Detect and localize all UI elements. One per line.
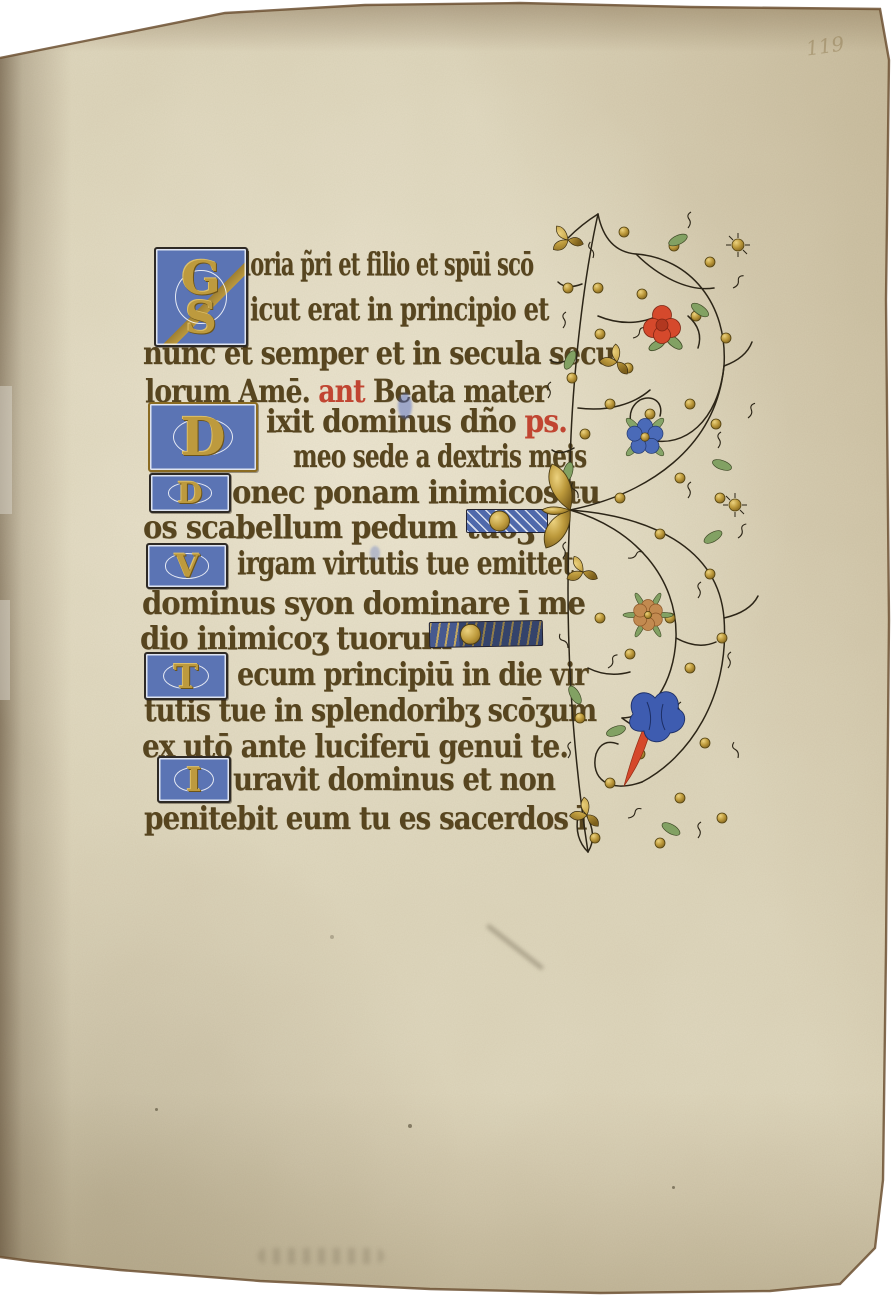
vellum-leaf: 119 loria p̃ri et filio et spūi scō icut…: [0, 0, 894, 1300]
gutter-tab: [0, 386, 12, 514]
speck: [672, 1186, 675, 1189]
initial-G-S-panel: G S: [154, 247, 248, 347]
initial-letter-T: T: [174, 657, 199, 696]
manuscript-photo: 119 loria p̃ri et filio et spūi scō icut…: [0, 0, 894, 1300]
gutter-tab: [0, 600, 10, 700]
blue-paint-fleck: [398, 393, 412, 419]
text-line: irgam virtutis tue emittet: [237, 548, 573, 579]
initial-I-panel: I: [157, 756, 231, 803]
text-line: penitebit eum tu es sacerdos ī: [144, 803, 586, 834]
line-text: irgam virtutis tue emittet: [237, 545, 573, 582]
line-text: icut erat in principio et: [250, 291, 549, 328]
initial-D-dixit-panel: D: [148, 402, 258, 472]
blue-paint-fleck: [370, 546, 380, 560]
line-text: uravit dominus et non: [233, 761, 555, 798]
floral-border: [538, 196, 798, 868]
initial-letter-I: I: [186, 760, 201, 799]
speck: [330, 935, 334, 939]
tan-flower: [623, 592, 673, 638]
initial-letter-D: D: [180, 407, 225, 468]
penwork-squiggles: [548, 212, 755, 838]
text-line: icut erat in principio et: [250, 294, 549, 325]
line-text: ixit dominus dño: [266, 403, 525, 440]
line-text: dominus syon dominare ī me: [142, 585, 585, 622]
rose-flower: [644, 306, 685, 353]
gold-disc: [460, 624, 481, 645]
text-line: uravit dominus et non: [233, 764, 555, 795]
initial-D-donec-panel: D: [149, 473, 231, 513]
speck: [408, 1124, 412, 1128]
initial-V-panel: V: [146, 543, 228, 589]
line-text: dio inimicoʒ tuorum: [140, 620, 451, 657]
initial-letter-V: V: [175, 547, 200, 585]
line-filler: [466, 509, 548, 533]
line-text: loria p̃ri et filio et spūi scō: [243, 246, 533, 283]
text-line: ixit dominus dño ps.: [266, 406, 567, 437]
text-line: loria p̃ri et filio et spūi scō: [243, 249, 533, 280]
columbine-flower: [624, 692, 685, 786]
show-through-text: [258, 1248, 384, 1264]
initial-T-panel: T: [144, 652, 228, 700]
initial-letter-S: S: [185, 293, 217, 344]
gold-disc: [489, 511, 510, 532]
blue-flower: [624, 416, 666, 458]
text-line: ecum principiū in die vir: [237, 659, 588, 690]
line-filler: [429, 620, 543, 648]
initial-letter-D: D: [177, 476, 202, 510]
line-text: ecum principiū in die vir: [237, 656, 588, 693]
text-line: dominus syon dominare ī me: [142, 588, 585, 619]
text-line: dio inimicoʒ tuorum: [140, 623, 451, 654]
columbine-spur: [624, 729, 650, 786]
speck: [155, 1108, 158, 1111]
line-text: penitebit eum tu es sacerdos ī: [144, 800, 586, 837]
